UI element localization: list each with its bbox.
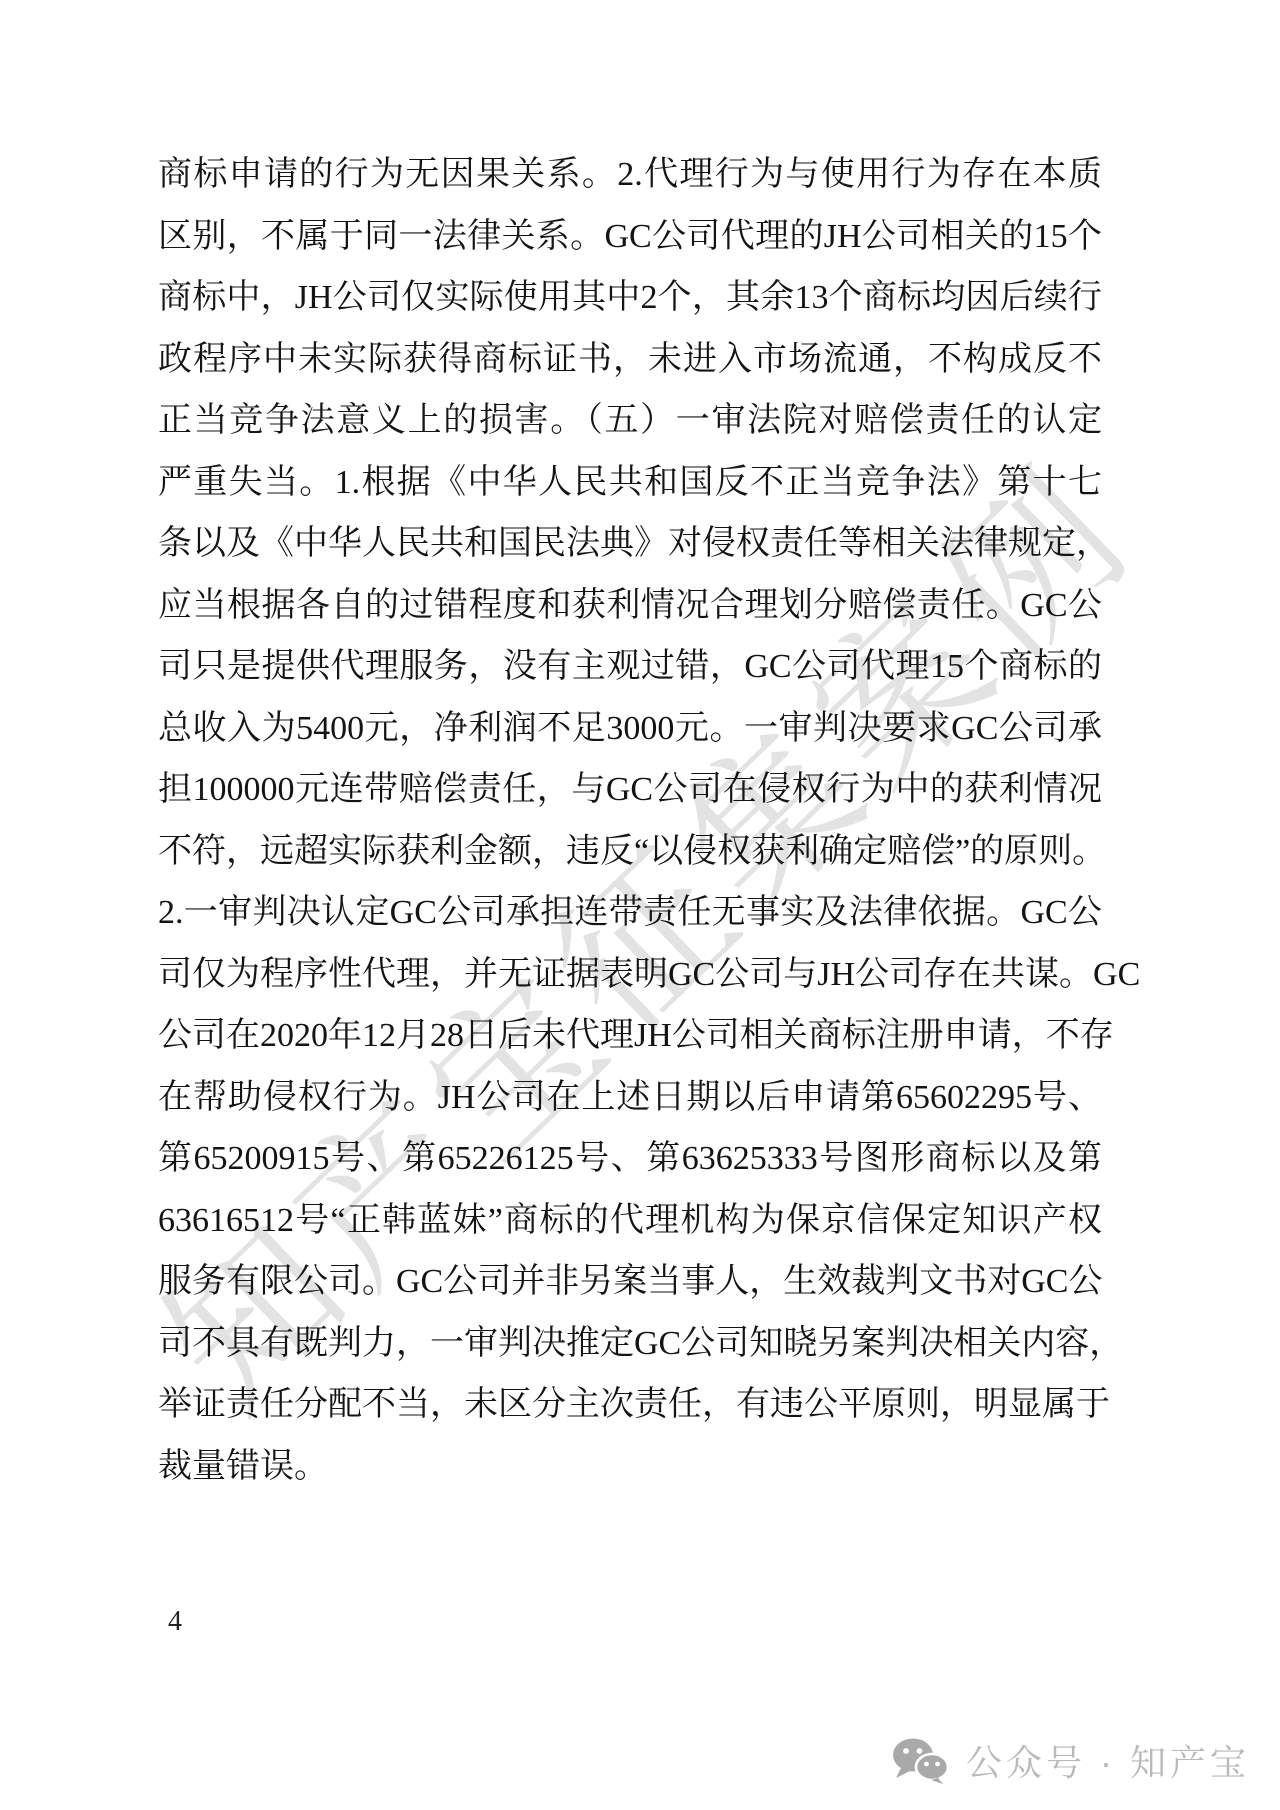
text-line: 区别，不属于同一法律关系。GC公司代理的JH公司相关的15个 <box>158 206 1102 268</box>
text-line: 商标中，JH公司仅实际使用其中2个，其余13个商标均因后续行 <box>158 267 1102 329</box>
text-line: 公司在2020年12月28日后未代理JH公司相关商标注册申请，不存 <box>158 1005 1102 1067</box>
text-line: 正当竞争法意义上的损害。（五）一审法院对赔偿责任的认定 <box>158 390 1102 452</box>
text-line: 担100000元连带赔偿责任，与GC公司在侵权行为中的获利情况 <box>158 759 1102 821</box>
text-line: 服务有限公司。GC公司并非另案当事人，生效裁判文书对GC公 <box>158 1251 1102 1313</box>
text-line: 第65200915号、第65226125号、第63625333号图形商标以及第 <box>158 1128 1102 1190</box>
wechat-icon <box>892 1738 950 1784</box>
text-line: 63616512号“正韩蓝妹”商标的代理机构为保京信保定知识产权 <box>158 1190 1102 1252</box>
text-line: 举证责任分配不当，未区分主次责任，有违公平原则，明显属于 <box>158 1374 1102 1436</box>
text-line: 总收入为5400元，净利润不足3000元。一审判决要求GC公司承 <box>158 698 1102 760</box>
footer-label: 公众号 · 知产宝 <box>966 1735 1250 1786</box>
document-body: 商标申请的行为无因果关系。2.代理行为与使用行为存在本质区别，不属于同一法律关系… <box>158 144 1102 1497</box>
text-line: 政程序中未实际获得商标证书，未进入市场流通，不构成反不 <box>158 329 1102 391</box>
text-line: 2.一审判决认定GC公司承担连带责任无事实及法律依据。GC公 <box>158 882 1102 944</box>
text-line: 不符，远超实际获利金额，违反“以侵权获利确定赔偿”的原则。 <box>158 821 1102 883</box>
page-number: 4 <box>168 1606 182 1638</box>
wechat-footer: 公众号 · 知产宝 <box>892 1735 1250 1786</box>
text-line: 裁量错误。 <box>158 1436 1102 1498</box>
text-line: 在帮助侵权行为。JH公司在上述日期以后申请第65602295号、 <box>158 1067 1102 1129</box>
text-line: 司只是提供代理服务，没有主观过错，GC公司代理15个商标的 <box>158 636 1102 698</box>
text-line: 条以及《中华人民共和国民法典》对侵权责任等相关法律规定， <box>158 513 1102 575</box>
text-line: 应当根据各自的过错程度和获利情况合理划分赔偿责任。GC公 <box>158 575 1102 637</box>
text-line: 严重失当。1.根据《中华人民共和国反不正当竞争法》第十七 <box>158 452 1102 514</box>
text-line: 商标申请的行为无因果关系。2.代理行为与使用行为存在本质 <box>158 144 1102 206</box>
text-line: 司不具有既判力，一审判决推定GC公司知晓另案判决相关内容， <box>158 1313 1102 1375</box>
text-line: 司仅为程序性代理，并无证据表明GC公司与JH公司存在共谋。GC <box>158 944 1102 1006</box>
document-page: 知产宝征集案例 商标申请的行为无因果关系。2.代理行为与使用行为存在本质区别，不… <box>0 0 1280 1810</box>
